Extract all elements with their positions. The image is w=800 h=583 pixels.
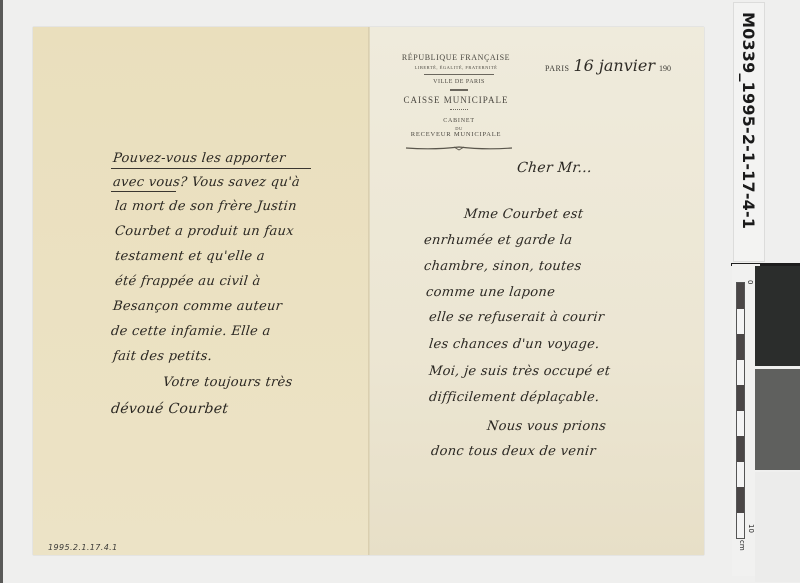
date-handwritten: 16 janvier (573, 56, 655, 75)
letterhead-republique: RÉPUBLIQUE FRANÇAISE (393, 53, 519, 62)
scale-segment (737, 385, 744, 411)
scale-end-label: 10 (747, 524, 755, 533)
letter-line: Moi, je suis très occupé et (428, 364, 611, 379)
scale-segment (737, 334, 744, 360)
letterhead-rule (424, 74, 494, 75)
accession-number: 1995.2.1.17.4.1 (48, 543, 118, 552)
scale-segment (737, 309, 744, 335)
letter-line: Nous vous prions (486, 419, 607, 434)
scale-segment (737, 513, 744, 539)
color-patch-mid (755, 369, 800, 470)
letter-line: de cette infamie. Elle a (110, 324, 271, 339)
letter-line: testament et qu'elle a (114, 249, 265, 264)
letter-line: la mort de son frère Justin (114, 199, 297, 214)
letter-line: difficilement déplaçable. (428, 390, 600, 405)
color-patch-light (755, 472, 800, 582)
letterhead-cabinet: CABINET (399, 116, 519, 126)
letterhead-swash-icon (404, 145, 514, 151)
underline (111, 168, 311, 169)
letter-line: comme une lapone (425, 285, 556, 300)
scale-segment (737, 487, 744, 513)
archive-label-id: M0339_1995-2-1-17-4-1 (736, 12, 760, 256)
scale-bar (736, 282, 745, 539)
letterhead-devise: LIBERTÉ, ÉGALITÉ, FRATERNITÉ (393, 65, 519, 70)
right-page: RÉPUBLIQUE FRANÇAISE LIBERTÉ, ÉGALITÉ, F… (369, 27, 704, 555)
letter-line: Votre toujours très (162, 375, 293, 390)
scale-segment (737, 462, 744, 488)
date-line: PARIS 16 janvier 190 (545, 56, 671, 76)
scanner-edge (0, 0, 3, 583)
scale-segment (737, 436, 744, 462)
signature: dévoué Courbet (110, 401, 229, 417)
letterhead: RÉPUBLIQUE FRANÇAISE LIBERTÉ, ÉGALITÉ, F… (399, 53, 519, 156)
scale-start-label: 0 (746, 280, 754, 284)
date-prefix: PARIS (545, 64, 569, 73)
salutation: Cher Mr... (516, 160, 593, 176)
letter-line: Courbet a produit un faux (114, 224, 294, 239)
page-fold (368, 27, 370, 555)
letter-line: été frappée au civil à (114, 274, 261, 289)
scale-unit-label: cm (738, 540, 746, 551)
letterhead-receveur: RECEVEUR MUNICIPALE (393, 131, 519, 138)
letter-line: avec vous? Vous savez qu'à (112, 175, 301, 190)
letter-line: les chances d'un voyage. (428, 337, 600, 352)
scale-segment (737, 283, 744, 309)
scale-segment (737, 411, 744, 437)
letter-sheet: RÉPUBLIQUE FRANÇAISE LIBERTÉ, ÉGALITÉ, F… (33, 27, 704, 555)
scale-segment (737, 360, 744, 386)
letter-line: fait des petits. (112, 349, 213, 364)
color-patch-dark (755, 266, 800, 366)
letter-line: Besançon comme auteur (112, 299, 283, 314)
letter-line: donc tous deux de venir (430, 444, 596, 459)
letter-line: elle se refuserait à courir (428, 310, 605, 325)
letterhead-ville: VILLE DE PARIS (399, 79, 519, 85)
left-page (33, 27, 368, 555)
letter-line: Pouvez-vous les apporter (112, 151, 286, 166)
letter-line: Mme Courbet est (463, 207, 584, 222)
date-year: 190 (659, 64, 671, 73)
underline (111, 191, 176, 192)
letterhead-caisse: CAISSE MUNICIPALE (393, 95, 519, 105)
letter-line: chambre, sinon, toutes (423, 259, 582, 274)
letter-line: enrhumée et garde la (423, 233, 573, 248)
letterhead-rule (450, 89, 468, 91)
letterhead-rule (450, 109, 468, 111)
